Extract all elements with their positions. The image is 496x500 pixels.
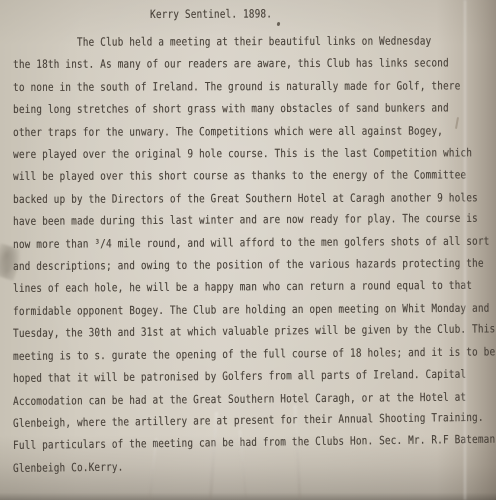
text-line: have been made during this last winter a… <box>13 207 496 233</box>
text-line: were played over the original 9 hole cou… <box>13 141 496 165</box>
document-title: Kerry Sentinel. 1898. <box>150 6 272 21</box>
text-line: being long stretches of short grass with… <box>13 97 496 121</box>
text-line: The Club held a meeting at their beautif… <box>13 29 496 53</box>
paper-fold <box>464 0 466 500</box>
document-page: Kerry Sentinel. 1898. The Club held a me… <box>0 0 496 500</box>
text-line: will be played over this short course as… <box>13 164 496 188</box>
text-line: other traps for the unwary. The Competit… <box>13 119 496 143</box>
text-line: lines of each hole, he will be a happy m… <box>13 274 496 300</box>
text-line: to none in the south of Ireland. The gro… <box>13 74 496 98</box>
document-body: The Club held a meeting at their beautif… <box>13 31 496 479</box>
text-line: the 18th inst. As many of our readers ar… <box>13 52 496 76</box>
ink-mark <box>277 22 281 27</box>
